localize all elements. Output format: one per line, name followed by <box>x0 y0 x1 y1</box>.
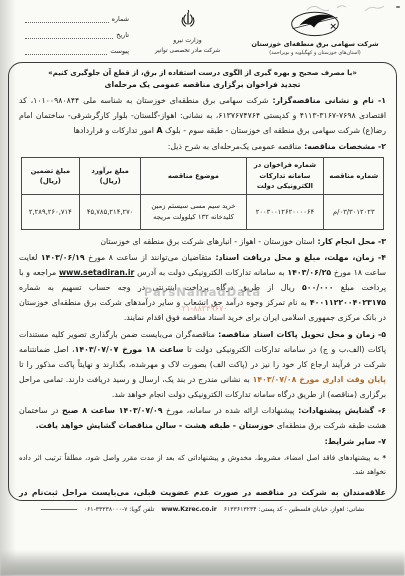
notice-box: «با مصرف صحیح و بهره گیری از الگوی درست … <box>8 62 397 501</box>
footer-website: www.Kzrec.co.ir <box>161 506 216 513</box>
section-document-purchase: ۴- زمان، مهلت، مبلغ و محل دریافت اسناد: … <box>19 250 386 325</box>
energy-slogan: «با مصرف صحیح و بهره گیری از الگوی درست … <box>19 69 386 77</box>
tender-document: شرکت سهامی برق منطقه‌ای خوزستان (استان‌ه… <box>0 0 405 576</box>
footer-phone: تلفن گویا: ۷-۳۳۳۳۸۰۰۰-۰۶۱ <box>84 506 155 513</box>
number-field: شماره <box>25 15 129 23</box>
footer-address: نشانی: اهواز، خیابان فلسطین - کد پستی: ۶… <box>224 506 365 513</box>
table-header-cell: موضوع مناقصه <box>141 158 246 195</box>
table-header-cell: مبلغ برآورد (ریال) <box>79 158 141 195</box>
parent-company-name: شرکت مادر تخصصی توانیر <box>136 48 240 54</box>
table-cell: ۰۳/۳۰۱۲۰۲۳/م <box>324 194 384 229</box>
table-header-cell: شماره مناقصه <box>324 158 384 195</box>
attachment-field: پیوست <box>25 47 129 55</box>
section-envelope-delivery: ۵- زمان و محل تحویل پاکات اسناد مناقصه: … <box>19 327 386 402</box>
footer-decorative-line <box>41 509 77 510</box>
company-logo-icon <box>287 7 343 39</box>
date-field-label: تاریخ <box>116 31 129 39</box>
date-field-dotted-line <box>25 31 113 39</box>
section-bidder-name-address: ۱- نام و نشانی مناقصه‌گزار: شرکت سهامی ب… <box>19 93 386 138</box>
table-cell: ۴۵,۷۸۵,۲۱۴,۲۷۰ <box>79 194 141 229</box>
letterhead-ministry-block: وزارت نیرو شرکت مادر تخصصی توانیر <box>136 7 240 54</box>
ministry-name: وزارت نیرو <box>136 37 240 44</box>
letterhead-company-block: شرکت سهامی برق منطقه‌ای خوزستان (استان‌ه… <box>246 7 384 56</box>
table-cell: خرید سیم مسی سیستم زمین کلیدخانه ۱۳۲ کیل… <box>141 194 246 229</box>
section-tender-specs: ۲- مشخصات مناقصه: مناقصه عمومی یک‌مرحله‌… <box>19 139 386 154</box>
notice-title: تجدید فراخوان برگزاری مناقصه عمومی یک مر… <box>19 80 386 89</box>
section-work-location: ۳- محل انجام کار: استان خوزستان - اهواز … <box>19 234 386 249</box>
company-name: شرکت سهامی برق منطقه‌ای خوزستان <box>246 40 384 48</box>
section-bid-opening: ۶- گشایش پیشنهادات: پیشنهادات ارائه شده … <box>19 403 386 433</box>
date-field: تاریخ <box>25 31 129 39</box>
table-header-cell: مبلغ تضمین (ریال) <box>21 158 79 195</box>
table-header-cell: شماره فراخوان در سامانه تدارکات الکترونی… <box>246 158 324 195</box>
footer: نشانی: اهواز، خیابان فلسطین - کد پستی: ۶… <box>0 506 405 513</box>
letterhead: شرکت سهامی برق منطقه‌ای خوزستان (استان‌ه… <box>7 7 398 61</box>
attachment-field-label: پیوست <box>110 47 129 55</box>
attachment-field-dotted-line <box>25 47 107 55</box>
letterhead-fields: شماره تاریخ پیوست <box>25 7 129 63</box>
table-row: ۰۳/۳۰۱۲۰۲۳/م۲۰۰۳۰۰۱۲۶۲۰۰۰۰۶۴خرید سیم مسی… <box>21 194 383 229</box>
condition-registration: علاقه‌مندان به شرکت در مناقصه در صورت عد… <box>19 485 386 501</box>
number-field-dotted-line <box>25 15 109 23</box>
company-subtitle: (استان‌های خوزستان و کهگیلویه و بویراحمد… <box>246 50 384 56</box>
number-field-label: شماره <box>112 15 129 23</box>
table-cell: ۲۰۰۳۰۰۱۲۶۲۰۰۰۰۶۴ <box>246 194 324 229</box>
iran-emblem-icon <box>179 9 197 31</box>
table-cell: ۲,۲۸۹,۲۶۰,۷۱۴ <box>21 194 79 229</box>
section-other-conditions: ۷- سایر شرایط: <box>19 434 386 449</box>
tender-table: شماره مناقصهشماره فراخوان در سامانه تدار… <box>21 157 384 230</box>
condition-invalid-bids: * به پیشنهادهای فاقد اصل امضاء، مشروط، م… <box>19 451 386 479</box>
